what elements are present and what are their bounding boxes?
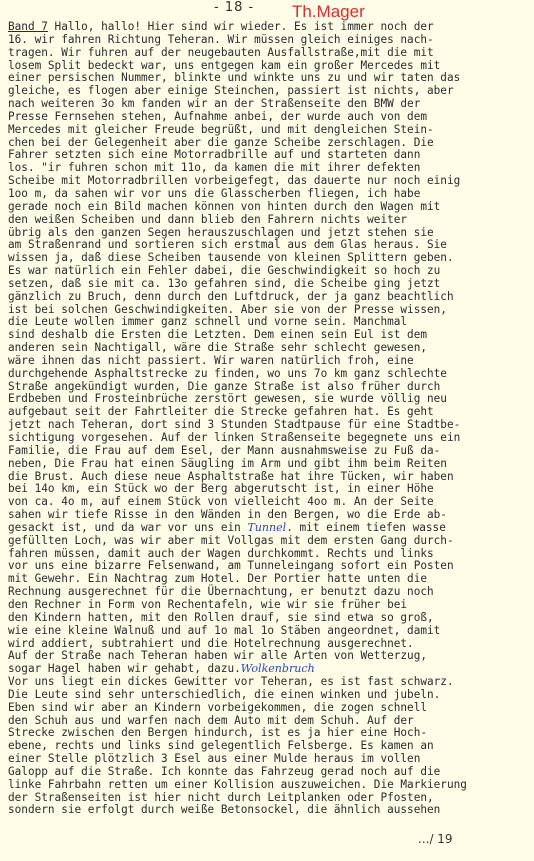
- continuation-marker: .../ 19: [418, 832, 453, 846]
- text-line: gefüllten Loch, was wir aber mit Vollgas…: [8, 535, 534, 548]
- text-line: nach weiteren 3o km fanden wir an der St…: [8, 98, 534, 111]
- author-label: Th.Mager: [292, 2, 365, 22]
- page-number: - 18 -: [214, 0, 254, 15]
- text-line: 1oo m, da sahen wir vor uns die Glassche…: [8, 188, 534, 201]
- text-line: tragen. Wir fuhren auf der neugebauten A…: [8, 47, 534, 60]
- text-line: 16. wir fahren Richtung Teheran. Wir müs…: [8, 34, 534, 47]
- text-line: Mercedes mit gleicher Freude begrüßt, un…: [8, 124, 534, 137]
- handwritten-annotation: Tunnel: [247, 521, 286, 534]
- text-line: einer Stelle plötzlich 3 Esel aus einer …: [8, 753, 534, 766]
- text-line: gesackt ist, und da war vor uns ein Tunn…: [8, 522, 534, 535]
- text-line: Vor uns liegt ein dickes Gewitter vor Te…: [8, 676, 534, 689]
- handwritten-annotation: Wolkenbruch: [241, 662, 315, 675]
- text-line: sichtigung vorgesehen. Auf der linken St…: [8, 432, 534, 445]
- document-page: - 18 - Th.Mager Band 7 Hallo, hallo! Hie…: [0, 0, 534, 861]
- text-line: durchgehende Asphaltstrecke zu finden, w…: [8, 368, 534, 381]
- text-line: neben, Die Frau hat einen Säugling im Ar…: [8, 458, 534, 471]
- text-line: den weißen Scheiben und dann blieb den F…: [8, 214, 534, 227]
- text-line: den Kindern hatten, mit den Rollen drauf…: [8, 612, 534, 625]
- text-line: Es war natürlich ein Fehler dabei, die G…: [8, 265, 534, 278]
- text-line: Familie, die Frau auf dem Esel, der Mann…: [8, 445, 534, 458]
- typewritten-body: Band 7 Hallo, hallo! Hier sind wir wiede…: [8, 21, 534, 817]
- text-line: Galopp auf die Straße. Ich konnte das Fa…: [8, 766, 534, 779]
- text-line: Eben sind wir aber an Kindern vorbeigeko…: [8, 702, 534, 715]
- text-line: linke Fahrbahn retten um einer Kollision…: [8, 779, 534, 792]
- text-line: anderen sein Nachtigall, wäre die Straße…: [8, 342, 534, 355]
- band-label: Band 7: [8, 20, 48, 33]
- text-line: wie eine kleine Walnuß und auf 1o mal 1o…: [8, 625, 534, 638]
- text-line: wäre ihnen das nicht passiert. Wir waren…: [8, 355, 534, 368]
- text-line: Die Leute sind sehr unterschiedlich, die…: [8, 689, 534, 702]
- text-line: den Rechner in Form von Rechentafeln, wi…: [8, 599, 534, 612]
- text-line: sondern sie erfolgt durch weiße Betonsoc…: [8, 804, 534, 817]
- text-line: Presse Fernsehen stehen, Aufnahme anbei,…: [8, 111, 534, 124]
- text-line: Band 7 Hallo, hallo! Hier sind wir wiede…: [8, 21, 534, 34]
- text-line: setzen, daß sie mit ca. 13o gefahren sin…: [8, 278, 534, 291]
- text-line: gerade noch ein Bild machen können von h…: [8, 201, 534, 214]
- text-line: gänzlich zu Bruch, denn durch den Luftdr…: [8, 291, 534, 304]
